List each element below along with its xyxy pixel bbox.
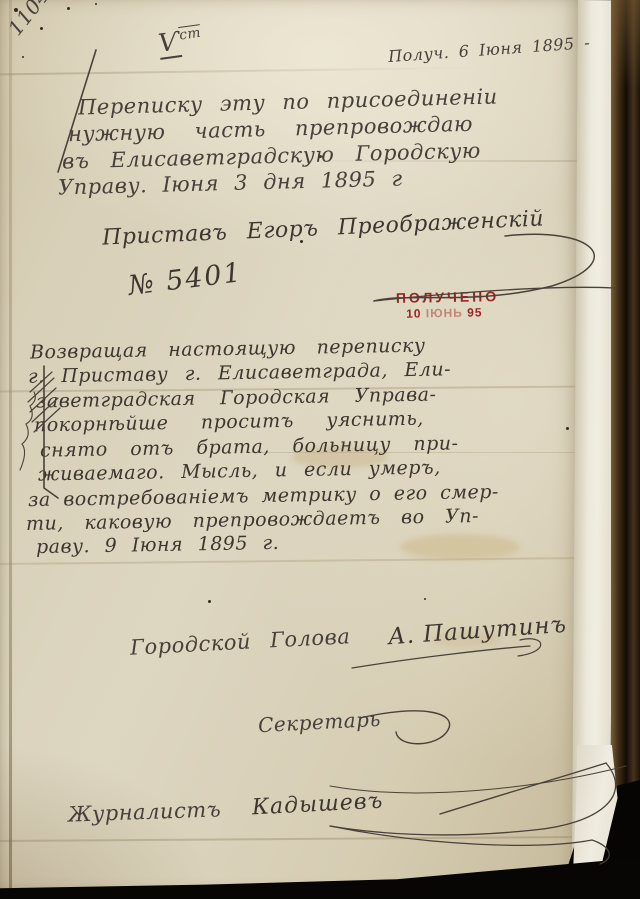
section-mark: Ѵст: [156, 23, 203, 58]
stamp-date: 10 ІЮНЬ 95: [396, 305, 500, 321]
ink-speck: [95, 3, 97, 5]
crease-left-vertical: [9, 0, 12, 899]
ink-speck: [22, 56, 24, 58]
ink-speck: [67, 7, 70, 10]
stamp-text: ПОЛУЧЕНО: [396, 288, 500, 306]
ink-speck: [40, 27, 43, 30]
crease-top: [0, 67, 480, 76]
received-stamp: ПОЛУЧЕНО 10 ІЮНЬ 95: [396, 288, 500, 321]
document-scan: 1104 Ѵст Получ. 6 Іюня 1895 - Переписку …: [0, 0, 640, 899]
ink-speck: [208, 600, 211, 603]
reply-line-9: раву. 9 Іюня 1895 г.: [36, 532, 280, 558]
stain-2: [400, 534, 520, 560]
crease-bottom: [0, 836, 584, 842]
ink-speck: [424, 598, 426, 600]
crease-lower: [0, 557, 584, 565]
ink-speck: [566, 427, 569, 430]
binding-shadow: [611, 0, 640, 899]
